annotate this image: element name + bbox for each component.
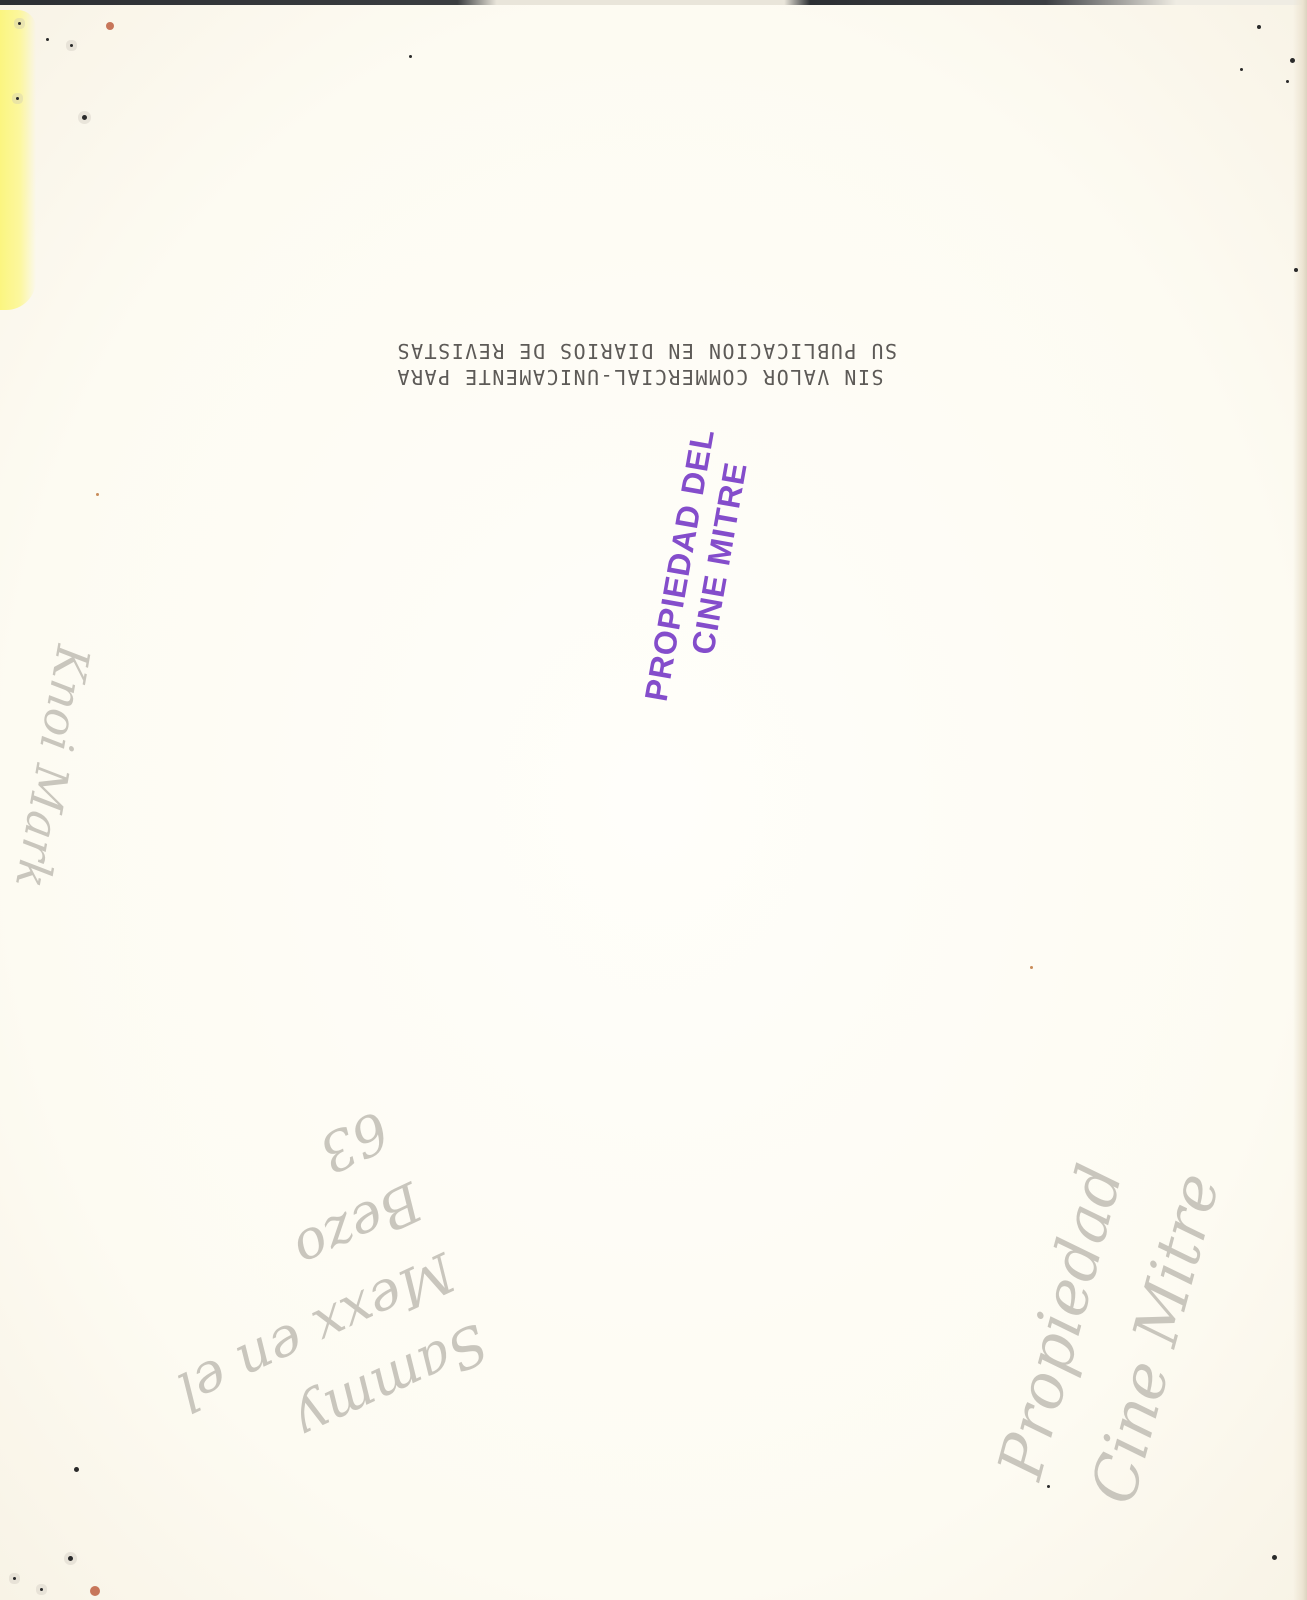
- speck: [1240, 68, 1243, 71]
- notice-line-2: SU PUBLICACION EN DIARIOS DE REVISTAS: [396, 338, 1036, 364]
- speck: [40, 1588, 43, 1591]
- speck: [1294, 268, 1298, 272]
- typewritten-notice: SIN VALOR COMMERCIAL-UNICAMENTE PARA SU …: [396, 338, 1036, 390]
- yellow-stain: [0, 10, 36, 310]
- speck: [1047, 1485, 1050, 1488]
- speck: [16, 97, 19, 100]
- speck: [46, 38, 49, 41]
- speck: [74, 1467, 79, 1472]
- speck: [106, 22, 114, 30]
- speck: [1030, 966, 1033, 969]
- speck: [1290, 58, 1295, 63]
- top-edge-border: [0, 0, 1307, 5]
- speck: [409, 55, 412, 58]
- speck: [82, 115, 87, 120]
- speck: [1286, 80, 1289, 83]
- notice-line-1: SIN VALOR COMMERCIAL-UNICAMENTE PARA: [396, 364, 1036, 390]
- speck: [90, 1586, 100, 1596]
- speck: [96, 493, 99, 496]
- speck: [13, 1577, 16, 1580]
- right-edge-shadow: [1293, 0, 1307, 1600]
- speck: [70, 44, 73, 47]
- speck: [1257, 25, 1261, 29]
- speck: [68, 1556, 73, 1561]
- speck: [1272, 1555, 1277, 1560]
- speck: [18, 22, 21, 25]
